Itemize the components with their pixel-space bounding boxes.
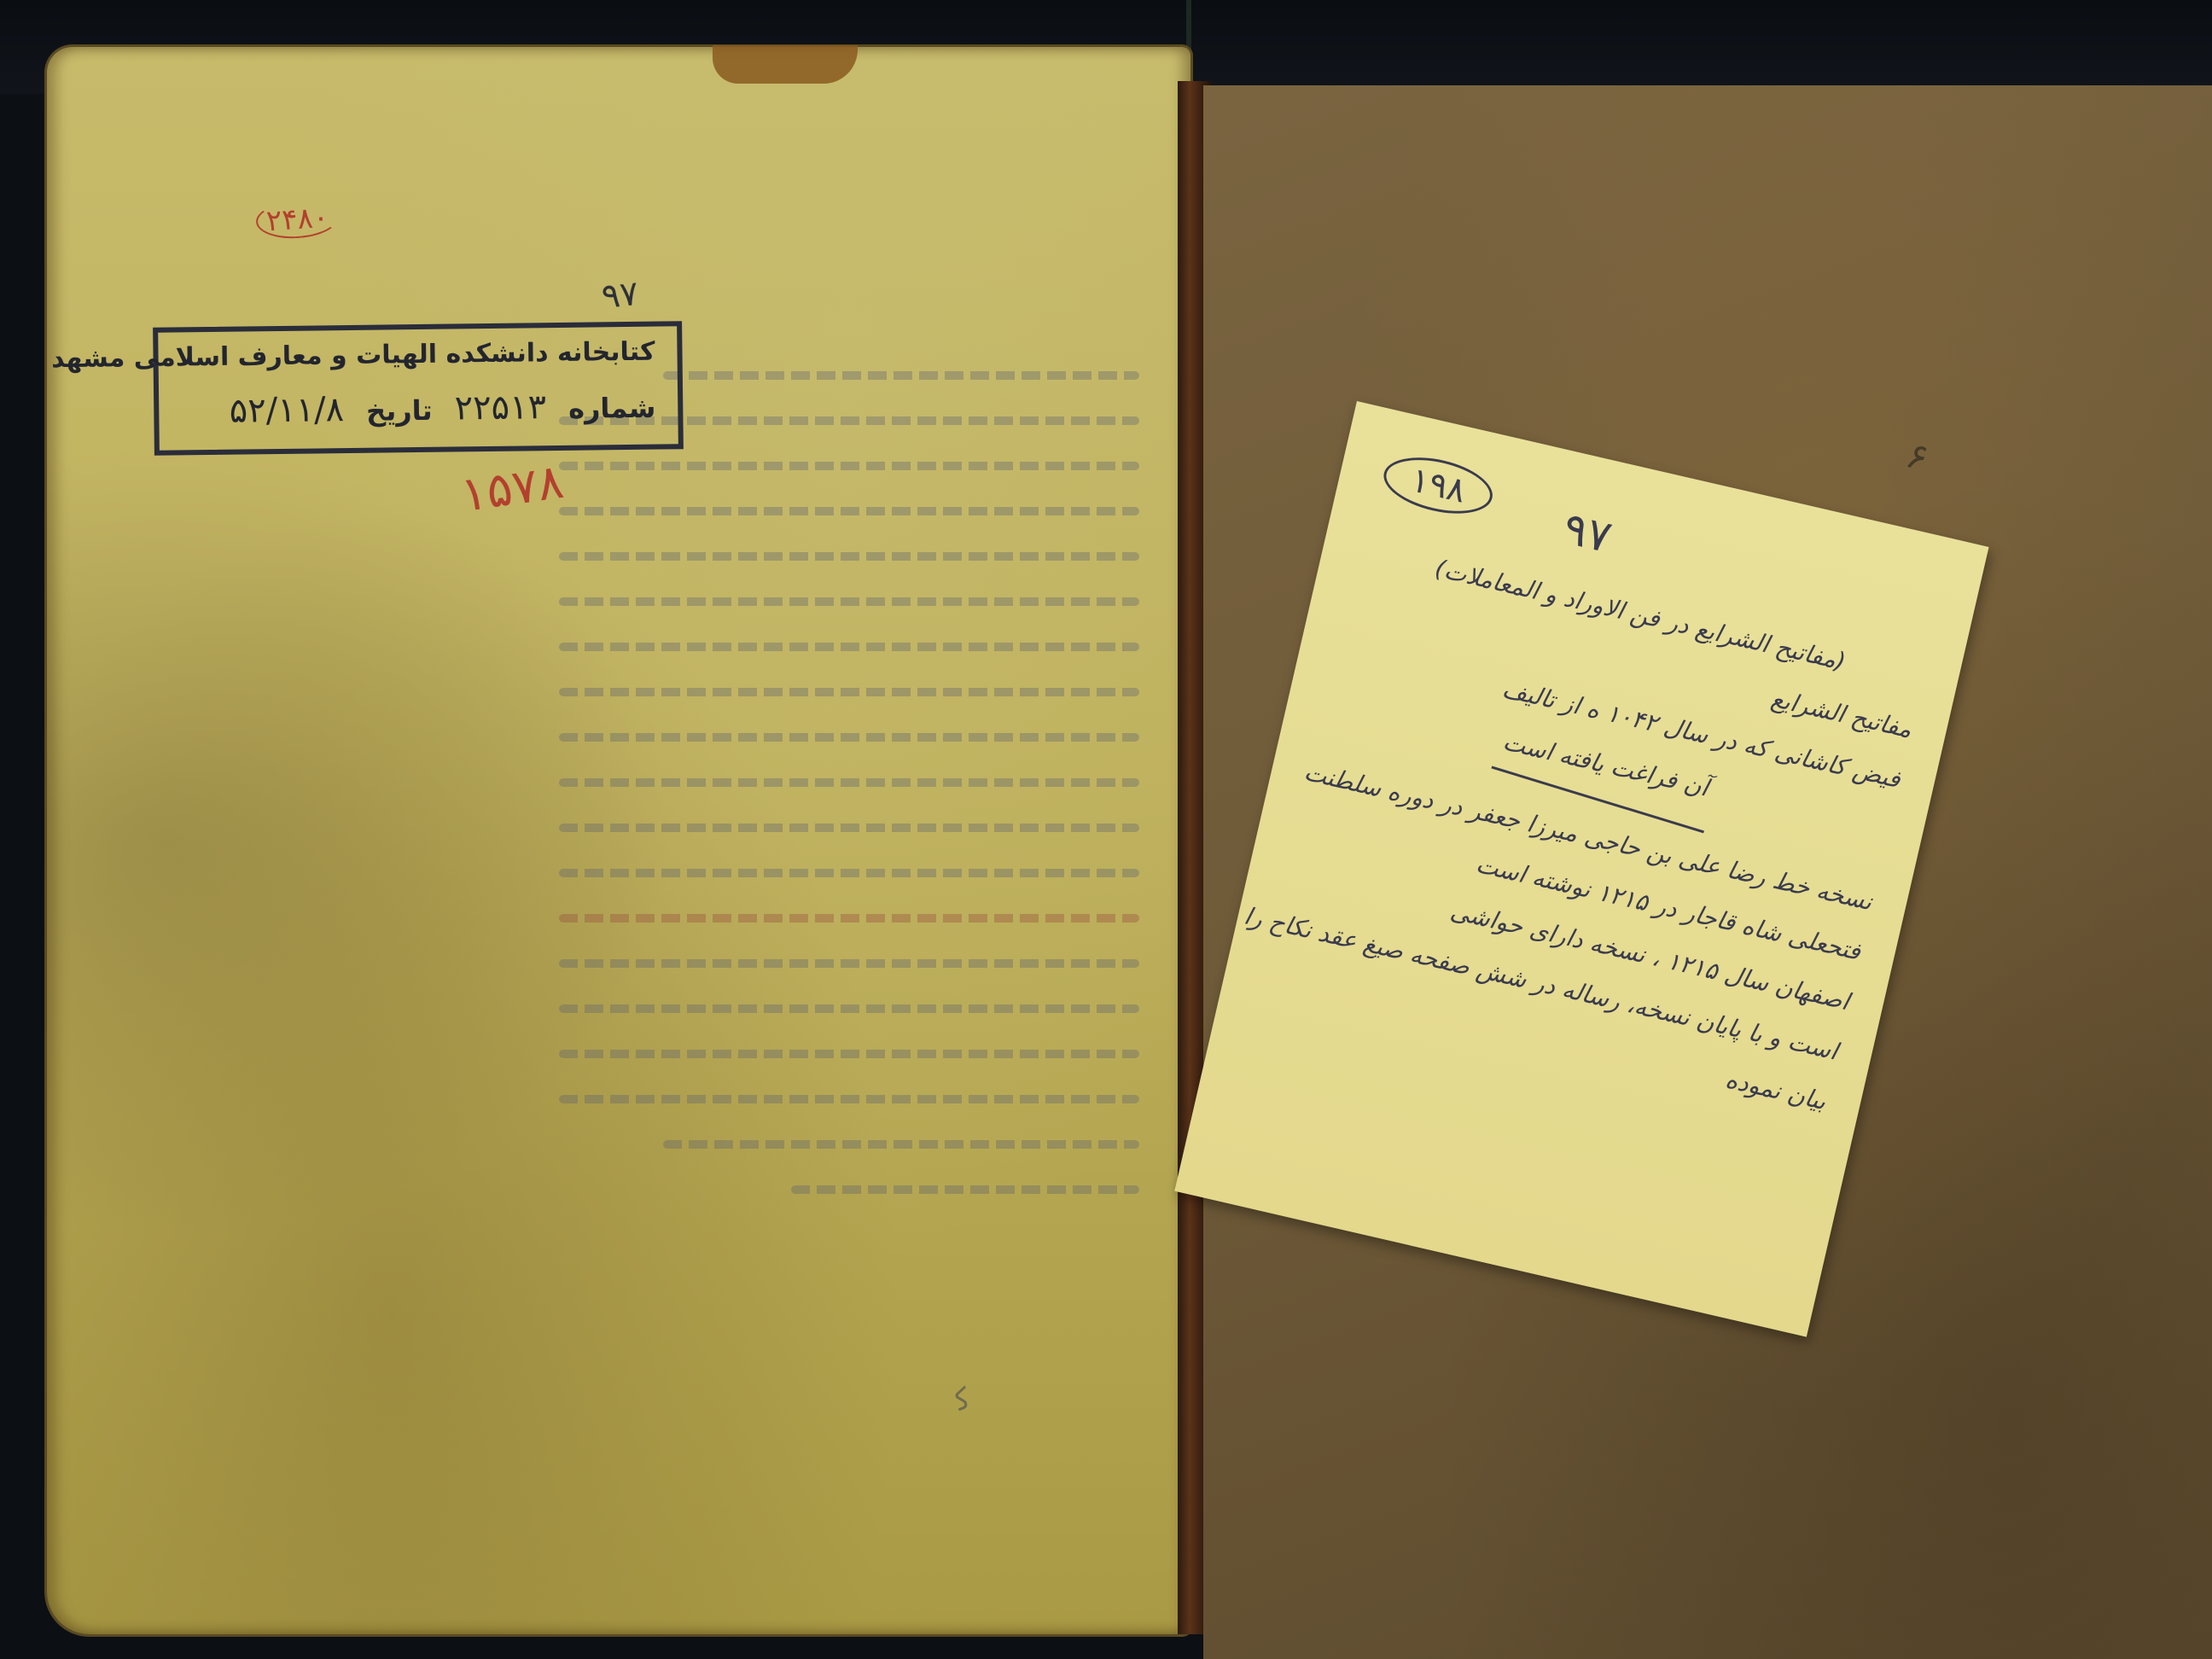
- stamp-date-value: ۵۲/۱۱/۸: [229, 390, 344, 431]
- card-number: ۹۷: [1558, 503, 1616, 563]
- bleed-through-text: [559, 371, 1139, 1231]
- stamp-number-date-row: شماره ۲۲۵۱۳ تاریخ ۵۲/۱۱/۸: [229, 387, 655, 431]
- stamp-date-label: تاریخ: [366, 394, 433, 428]
- stamp-number-label: شماره: [568, 392, 656, 425]
- pencil-folio-number: ۹۷: [600, 274, 641, 317]
- manuscript-left-leaf: ۹۷: [47, 47, 1190, 1634]
- torn-edge-stain: [713, 45, 858, 84]
- card-circled-number: ۱۹۸: [1378, 448, 1499, 523]
- stamp-number-value: ۲۲۵۱۳: [454, 387, 546, 428]
- library-stamp: کتابخانه دانشکده الهیات و معارف اسلامی م…: [153, 321, 684, 456]
- card-handwritten-text: (مفاتیح الشرایع در فن الاوراد و المعاملا…: [1253, 533, 1927, 1135]
- stamp-library-name: کتابخانه دانشکده الهیات و معارف اسلامی م…: [51, 337, 655, 375]
